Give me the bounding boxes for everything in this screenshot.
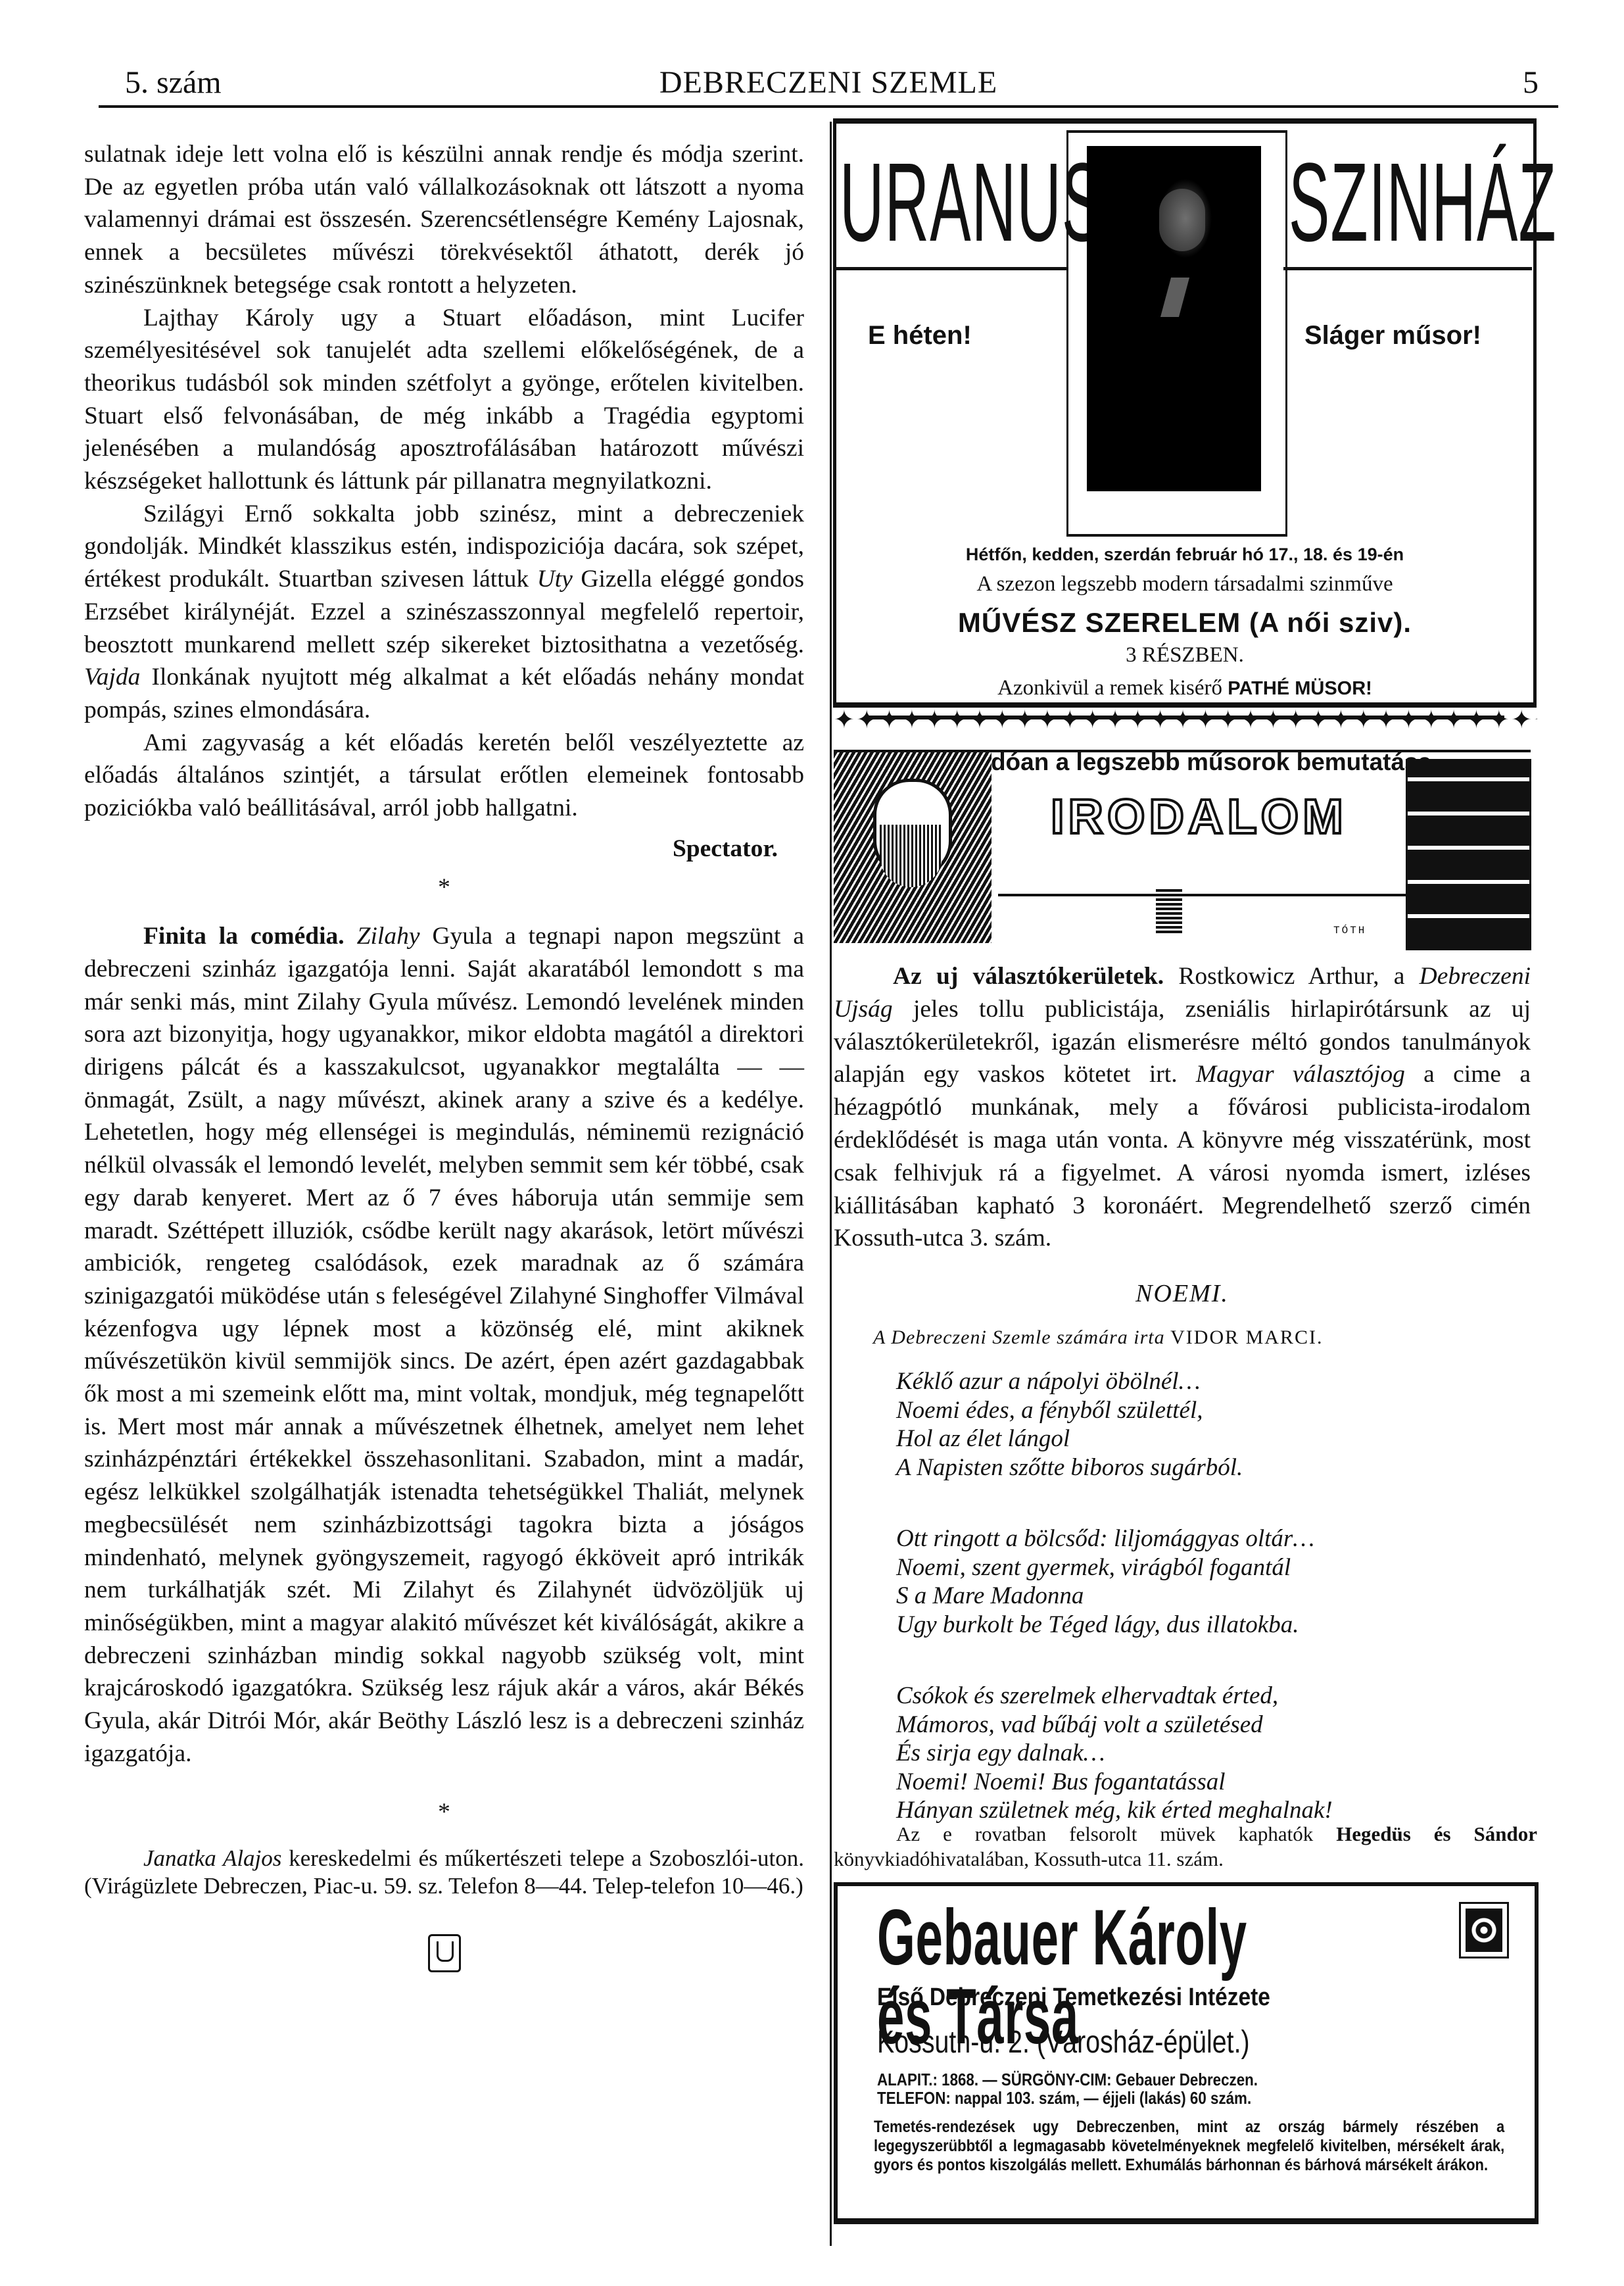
- article-valasztokeruletek: Az uj választókerületek. Rostkowicz Arth…: [834, 960, 1531, 1255]
- column-divider: [830, 122, 832, 2246]
- poem-byline: A Debreczeni Szemle számára irta VIDOR M…: [873, 1326, 1531, 1349]
- company-services: Temetés-rendezések ugy Debreczenben, min…: [874, 2118, 1504, 2175]
- publication-title: DEBRECZENI SZEMLE: [99, 64, 1558, 101]
- ad-feature-title: MŰVÉSZ SZERELEM (A női sziv).: [836, 607, 1533, 639]
- article-heading: Az uj választókerületek.: [893, 963, 1164, 990]
- poem-stanza-3: Csókok és szerelmek elhervadtak érted, M…: [896, 1682, 1531, 1825]
- poem-stanza-1: Kéklő azur a nápolyi öbölnél… Noemi édes…: [896, 1367, 1531, 1482]
- right-column-article: Az uj választókerületek. Rostkowicz Arth…: [834, 960, 1531, 1255]
- section-separator-2: *: [84, 1796, 804, 1829]
- paragraph-lajthay: Lajthay Károly ugy a Stuart előadáson, m…: [84, 302, 804, 498]
- portrait-collar: [1160, 278, 1189, 317]
- printer-mark-icon: [428, 1934, 461, 1972]
- paragraph-szilagyi: Szilágyi Ernő sokkalta jobb szinész, min…: [84, 498, 804, 727]
- company-description: Első Debreczeni Temetkezési Intézete: [877, 1983, 1270, 2012]
- article-heading: Finita la comédia.: [143, 923, 345, 950]
- left-column: sulatnak ideje lett volna elő is készüln…: [84, 138, 804, 1972]
- notice-janatka: Janatka Alajos kereskedelmi és műkertész…: [84, 1845, 804, 1900]
- uranus-theater-ad: URANUS SZINHÁZ E héten! Sláger műsor! Hé…: [833, 118, 1537, 708]
- page-header: 5. szám DEBRECZENI SZEMLE 5: [99, 64, 1558, 110]
- artist-signature: TÓTH: [1333, 925, 1366, 936]
- ad-rule-left: [836, 267, 1066, 270]
- article-signature: Spectator.: [84, 833, 778, 865]
- poem-stanza-2: Ott ringott a bölcsőd: liljomággyas oltá…: [896, 1524, 1531, 1639]
- ad-subtitle-left: E héten!: [868, 321, 972, 351]
- gebauer-funeral-ad: Gebauer Károly és Társa Első Debreczeni …: [834, 1882, 1539, 2224]
- portrait-face: [1159, 189, 1205, 251]
- writer-beard: [880, 825, 942, 887]
- page-number: 5: [1523, 64, 1539, 101]
- portrait-photo: [1087, 146, 1261, 491]
- ad-dates: Hétfőn, kedden, szerdán február hó 17., …: [836, 545, 1533, 565]
- header-rule: [99, 105, 1558, 108]
- ad-rule-right: [1283, 267, 1532, 270]
- poem-title: NOEMI.: [834, 1279, 1531, 1308]
- bookshop-note: Az e rovatban felsorolt müvek kaphatók H…: [834, 1822, 1537, 1872]
- poem-noemi: NOEMI. A Debreczeni Szemle számára irta …: [834, 1279, 1531, 1825]
- poem-author: VIDOR MARCI.: [1170, 1326, 1323, 1348]
- company-contacts: ALAPIT.: 1868. — SÜRGÖNY-CIM: Gebauer De…: [877, 2070, 1258, 2107]
- ad-line-4: Azonkivül a remek kisérő PATHÉ MÜSOR!: [836, 676, 1533, 700]
- banner-title: IRODALOM: [1051, 789, 1347, 844]
- ad-line-3: 3 RÉSZBEN.: [836, 643, 1533, 668]
- bookshelf-illustration: [1406, 759, 1531, 950]
- paragraph-zagyvasag: Ami zagyvaság a két előadás keretén belő…: [84, 727, 804, 825]
- paragraph-intro: sulatnak ideje lett volna elő is készüln…: [84, 138, 804, 302]
- company-address: Kossuth-u. 2. (Városház-épület.): [877, 2024, 1250, 2060]
- irodalom-banner: IRODALOM TÓTH: [834, 750, 1531, 950]
- ad-line-1: A szezon legszebb modern társadalmi szin…: [836, 572, 1533, 596]
- desk-line: [998, 894, 1406, 896]
- ornamental-divider: ✦✦✦✦✦✦✦✦✦✦✦✦✦✦✦✦✦✦✦✦✦✦✦✦✦✦✦✦✦✦✦✦✦✦✦✦✦✦✦✦…: [834, 705, 1537, 735]
- ad-title-left: URANUS: [840, 150, 1103, 255]
- inkwell-icon: [1156, 887, 1182, 933]
- ad-subtitle-right: Sláger műsor!: [1304, 321, 1481, 351]
- ad-title-right: SZINHÁZ: [1289, 150, 1557, 255]
- writer-illustration: [834, 752, 991, 943]
- portrait-frame: [1066, 130, 1287, 537]
- ornamental-logo-icon: [1459, 1902, 1509, 1958]
- section-separator: *: [84, 871, 804, 904]
- article-finita: Finita la comédia. Zilahy Gyula a tegnap…: [84, 920, 804, 1770]
